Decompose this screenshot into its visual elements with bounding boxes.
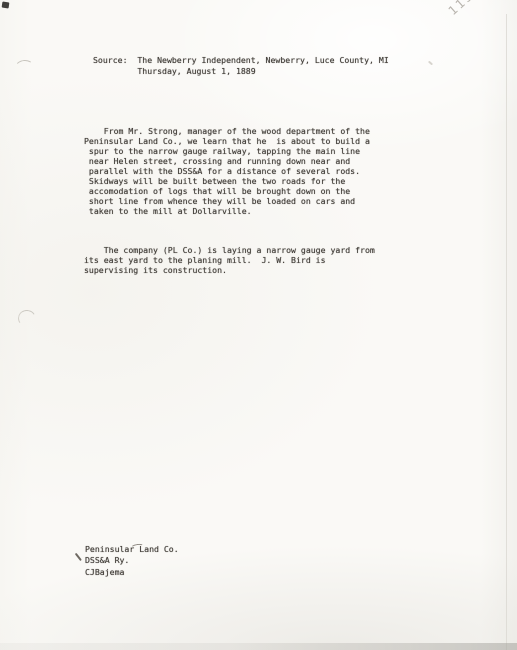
scan-artifact-corner-mark <box>2 2 10 9</box>
pen-tick-mark <box>75 553 82 561</box>
scan-shadow <box>0 643 517 650</box>
scanned-page: 113 Source: The Newberry Independent, Ne… <box>0 0 517 650</box>
handwritten-page-number: 113 <box>446 0 477 18</box>
pencil-arc-mark-top <box>14 59 34 76</box>
article-paragraph-1: From Mr. Strong, manager of the wood dep… <box>84 126 370 216</box>
source-citation: Source: The Newberry Independent, Newber… <box>93 55 389 76</box>
article-paragraph-2: The company (PL Co.) is laying a narrow … <box>84 245 375 275</box>
paper-smudge <box>428 61 433 66</box>
pencil-arc-mark-middle <box>16 308 37 328</box>
page-edge-line <box>506 14 507 650</box>
